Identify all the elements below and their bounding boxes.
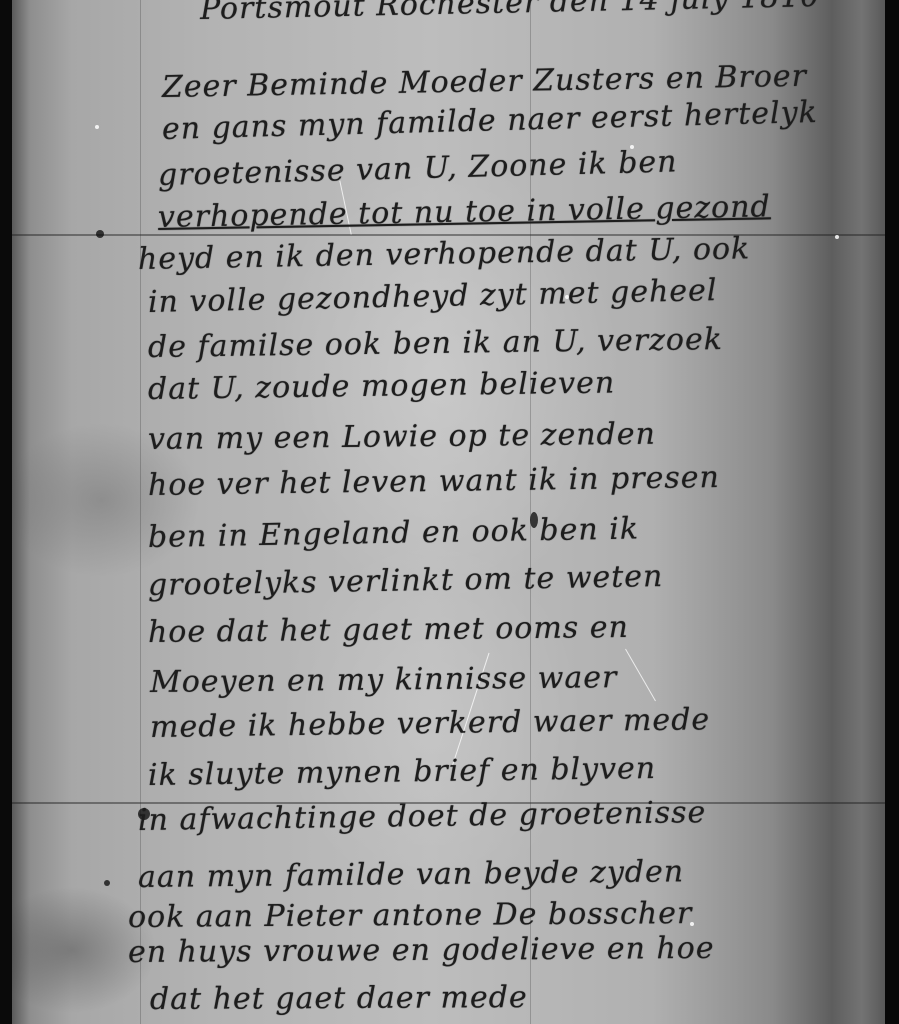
paper-speck xyxy=(95,125,99,129)
letter-line: ook aan Pieter antone De bosscher xyxy=(128,896,692,935)
letter-line: van my een Lowie op te zenden xyxy=(148,417,656,457)
ink-blot xyxy=(104,880,110,886)
scan-border-left xyxy=(0,0,12,1024)
letter-line: ik sluyte mynen brief en blyven xyxy=(148,751,657,793)
letter-line: hoe dat het gaet met ooms en xyxy=(148,610,629,650)
letter-line: Moeyen en my kinnisse waer xyxy=(150,660,618,700)
letter-line: dat U, zoude mogen believen xyxy=(148,365,616,407)
document-scan: Portsmout Rochester den 14 july 1810 Zee… xyxy=(0,0,899,1024)
scan-border-right xyxy=(885,0,899,1024)
ink-blot xyxy=(96,230,104,238)
paper-speck xyxy=(835,235,839,239)
letter-line: dat het gaet daer mede xyxy=(150,980,528,1017)
letter-line: aan myn familde van beyde zyden xyxy=(138,854,684,895)
letter-line: en huys vrouwe en godelieve en hoe xyxy=(128,931,715,970)
